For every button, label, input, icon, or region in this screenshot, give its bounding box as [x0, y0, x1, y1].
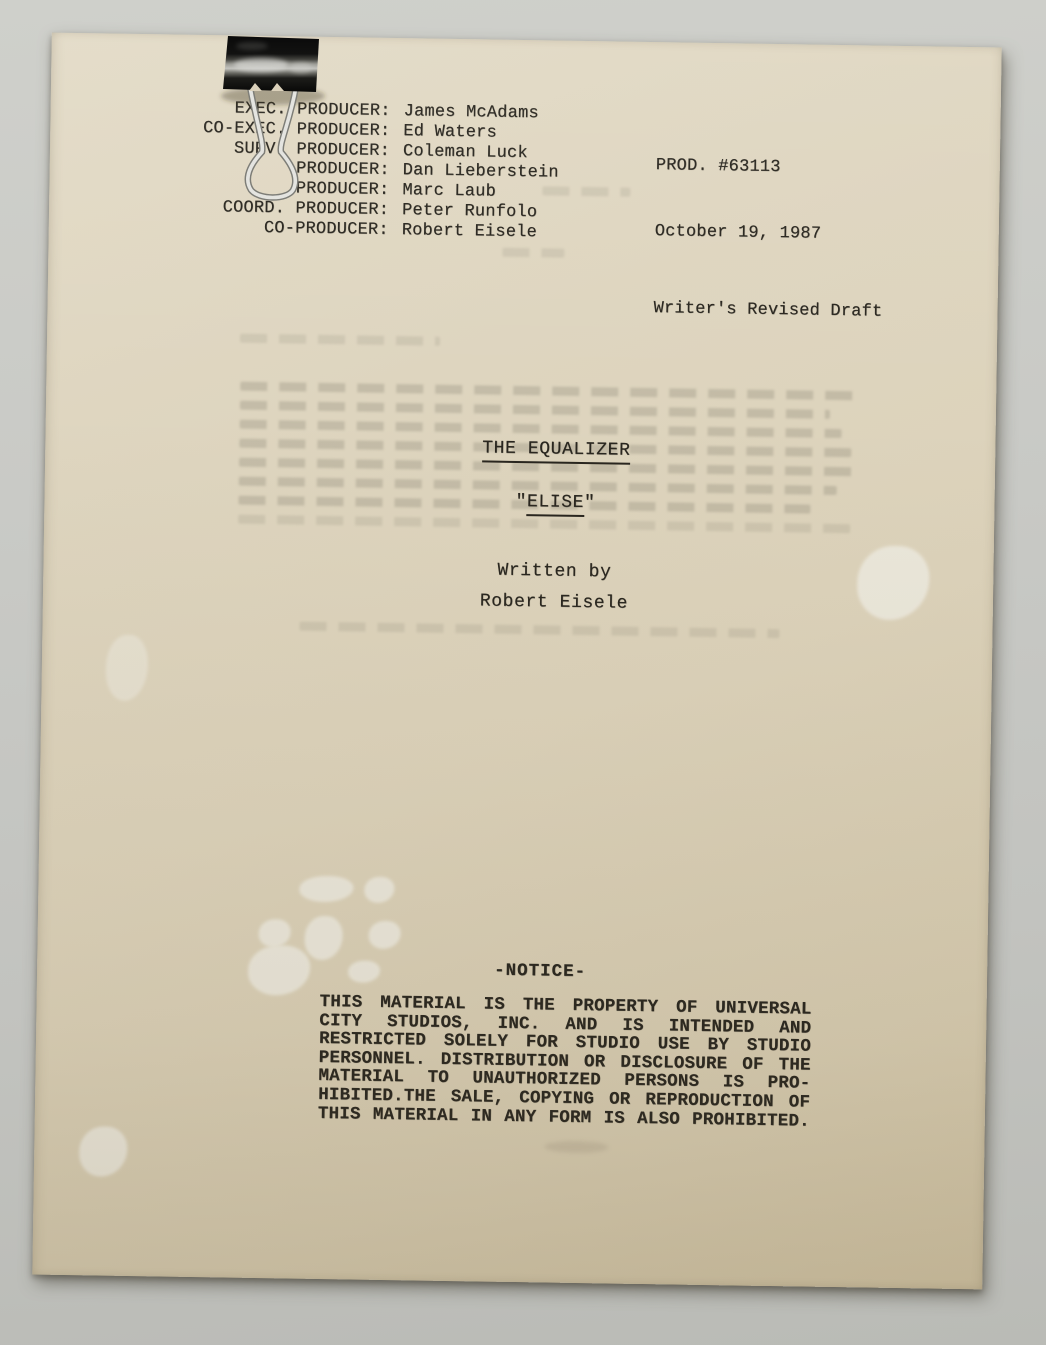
binder-clip — [0, 0, 1046, 1345]
binder-clip-body — [223, 36, 319, 92]
photo-background: EXEC. PRODUCER: James McAdams CO-EXEC. P… — [0, 0, 1046, 1345]
